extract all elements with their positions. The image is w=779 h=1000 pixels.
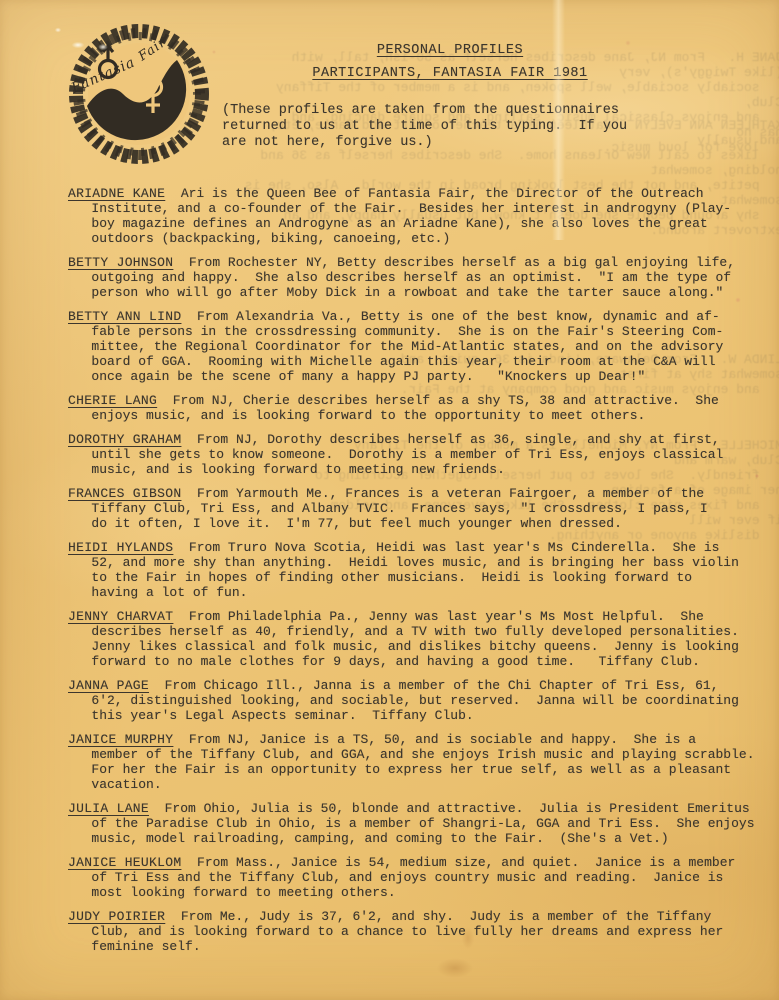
profile-text: From NJ, Cherie describes herself as a s… xyxy=(68,393,719,423)
profile-name: CHERIE LANG xyxy=(68,393,157,408)
profile-text: From Chicago Ill., Janna is a member of … xyxy=(68,678,739,723)
profile-entry: JANICE HEUKLOM From Mass., Janice is 54,… xyxy=(68,855,778,900)
profile-entry: FRANCES GIBSON From Yarmouth Me., France… xyxy=(68,486,778,531)
profile-entry: JUDY POIRIER From Me., Judy is 37, 6'2, … xyxy=(68,909,778,954)
profile-entry: JANICE MURPHY From NJ, Janice is a TS, 5… xyxy=(68,732,778,792)
profile-name: JANICE MURPHY xyxy=(68,732,173,747)
document-header: PERSONAL PROFILES PARTICIPANTS, FANTASIA… xyxy=(120,39,779,85)
profile-text: From Me., Judy is 37, 6'2, and shy. Judy… xyxy=(68,909,723,954)
profile-entry: CHERIE LANG From NJ, Cherie describes he… xyxy=(68,393,778,423)
page-title: PERSONAL PROFILES xyxy=(377,43,523,58)
scanned-document-page: JANE H. From NJ, Jane describes herself … xyxy=(0,0,779,1000)
profile-name: JULIA LANE xyxy=(68,801,149,816)
profile-entry: JENNY CHARVAT From Philadelphia Pa., Jen… xyxy=(68,609,778,669)
profile-entry: BETTY ANN LIND From Alexandria Va., Bett… xyxy=(68,309,778,384)
profile-name: JANNA PAGE xyxy=(68,678,149,693)
profile-entry: ARIADNE KANE Ari is the Queen Bee of Fan… xyxy=(68,186,778,246)
profile-name: ARIADNE KANE xyxy=(68,186,165,201)
profile-name: FRANCES GIBSON xyxy=(68,486,181,501)
profile-list: ARIADNE KANE Ari is the Queen Bee of Fan… xyxy=(68,186,778,963)
profile-name: BETTY JOHNSON xyxy=(68,255,173,270)
profile-name: DOROTHY GRAHAM xyxy=(68,432,181,447)
profile-entry: HEIDI HYLANDS From Truro Nova Scotia, He… xyxy=(68,540,778,600)
profile-entry: BETTY JOHNSON From Rochester NY, Betty d… xyxy=(68,255,778,300)
profile-name: JANICE HEUKLOM xyxy=(68,855,181,870)
profile-name: BETTY ANN LIND xyxy=(68,309,181,324)
profile-name: JENNY CHARVAT xyxy=(68,609,173,624)
profile-text: Ari is the Queen Bee of Fantasia Fair, t… xyxy=(68,186,731,246)
profile-text: From Ohio, Julia is 50, blonde and attra… xyxy=(68,801,755,846)
intro-note: (These profiles are taken from the quest… xyxy=(222,103,627,151)
profile-entry: JULIA LANE From Ohio, Julia is 50, blond… xyxy=(68,801,778,846)
profile-entry: DOROTHY GRAHAM From NJ, Dorothy describe… xyxy=(68,432,778,477)
profile-entry: JANNA PAGE From Chicago Ill., Janna is a… xyxy=(68,678,778,723)
profile-name: JUDY POIRIER xyxy=(68,909,165,924)
profile-name: HEIDI HYLANDS xyxy=(68,540,173,555)
page-subtitle: PARTICIPANTS, FANTASIA FAIR 1981 xyxy=(312,66,587,81)
